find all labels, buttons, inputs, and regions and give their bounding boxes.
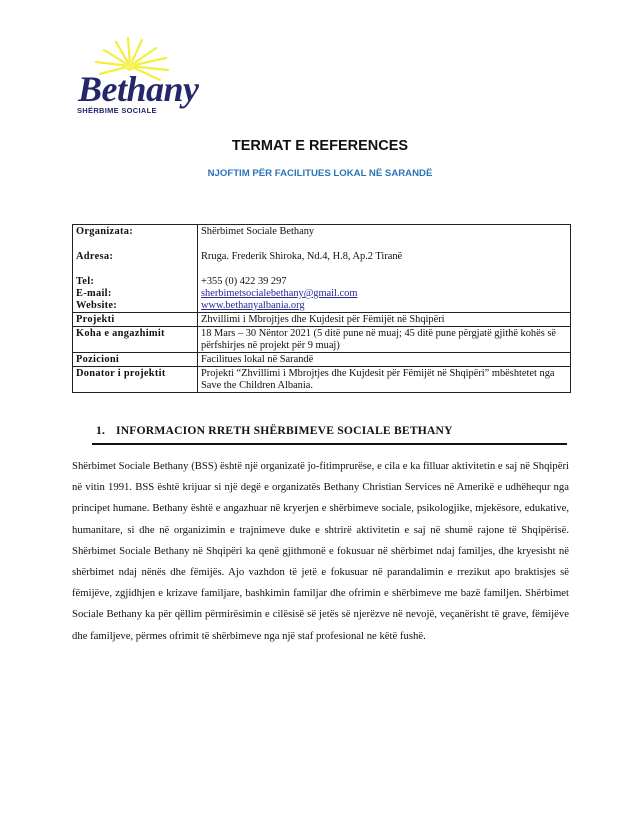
tel-value: +355 (0) 422 39 297 — [201, 276, 567, 288]
section-heading: 1.INFORMACION RRETH SHËRBIMEVE SOCIALE B… — [96, 424, 453, 437]
document-title: TERMAT E REFERENCES — [0, 138, 640, 154]
engagement-time-value: 18 Mars – 30 Nëntor 2021 (5 ditë pune në… — [198, 327, 571, 353]
engagement-time-label: Koha e angazhimit — [73, 327, 198, 353]
address-label: Adresa: — [76, 251, 194, 263]
website-link[interactable]: www.bethanyalbania.org — [201, 300, 305, 311]
table-row: Pozicioni Facilitues lokal në Sarandë — [73, 353, 571, 367]
email-label: E-mail: — [76, 288, 194, 300]
section-divider — [92, 443, 567, 445]
table-row: Projekti Zhvillimi i Mbrojtjes dhe Kujde… — [73, 313, 571, 327]
info-table: Organizata: Adresa: Tel: E-mail: Website… — [72, 224, 571, 393]
tel-label: Tel: — [76, 276, 194, 288]
address-value: Rruga. Frederik Shiroka, Nd.4, H.8, Ap.2… — [201, 251, 567, 263]
position-label: Pozicioni — [73, 353, 198, 367]
document-subtitle: NJOFTIM PËR FACILITUES LOKAL NË SARANDË — [0, 168, 640, 179]
bethany-logo: Bethany SHËRBIME SOCIALE — [72, 36, 202, 110]
logo-wordmark: Bethany — [78, 68, 199, 110]
position-value: Facilitues lokal në Sarandë — [198, 353, 571, 367]
organization-value: Shërbimet Sociale Bethany — [201, 226, 567, 238]
donor-value: Projekti “Zhvillimi i Mbrojtjes dhe Kujd… — [198, 367, 571, 393]
email-link[interactable]: sherbimetsocialebethany@gmail.com — [201, 288, 357, 299]
contact-values-cell: Shërbimet Sociale Bethany Rruga. Frederi… — [198, 225, 571, 313]
section-paragraph: Shërbimet Sociale Bethany (BSS) është nj… — [72, 456, 569, 647]
table-row: Donator i projektit Projekti “Zhvillimi … — [73, 367, 571, 393]
project-value: Zhvillimi i Mbrojtjes dhe Kujdesit për F… — [198, 313, 571, 327]
organization-label: Organizata: — [76, 226, 194, 238]
project-label: Projekti — [73, 313, 198, 327]
table-row: Koha e angazhimit 18 Mars – 30 Nëntor 20… — [73, 327, 571, 353]
section-title: INFORMACION RRETH SHËRBIMEVE SOCIALE BET… — [116, 424, 453, 437]
logo-tagline: SHËRBIME SOCIALE — [77, 106, 157, 115]
website-label: Website: — [76, 300, 194, 312]
contact-labels-cell: Organizata: Adresa: Tel: E-mail: Website… — [73, 225, 198, 313]
donor-label: Donator i projektit — [73, 367, 198, 393]
section-number: 1. — [96, 424, 116, 437]
table-row-contact: Organizata: Adresa: Tel: E-mail: Website… — [73, 225, 571, 313]
